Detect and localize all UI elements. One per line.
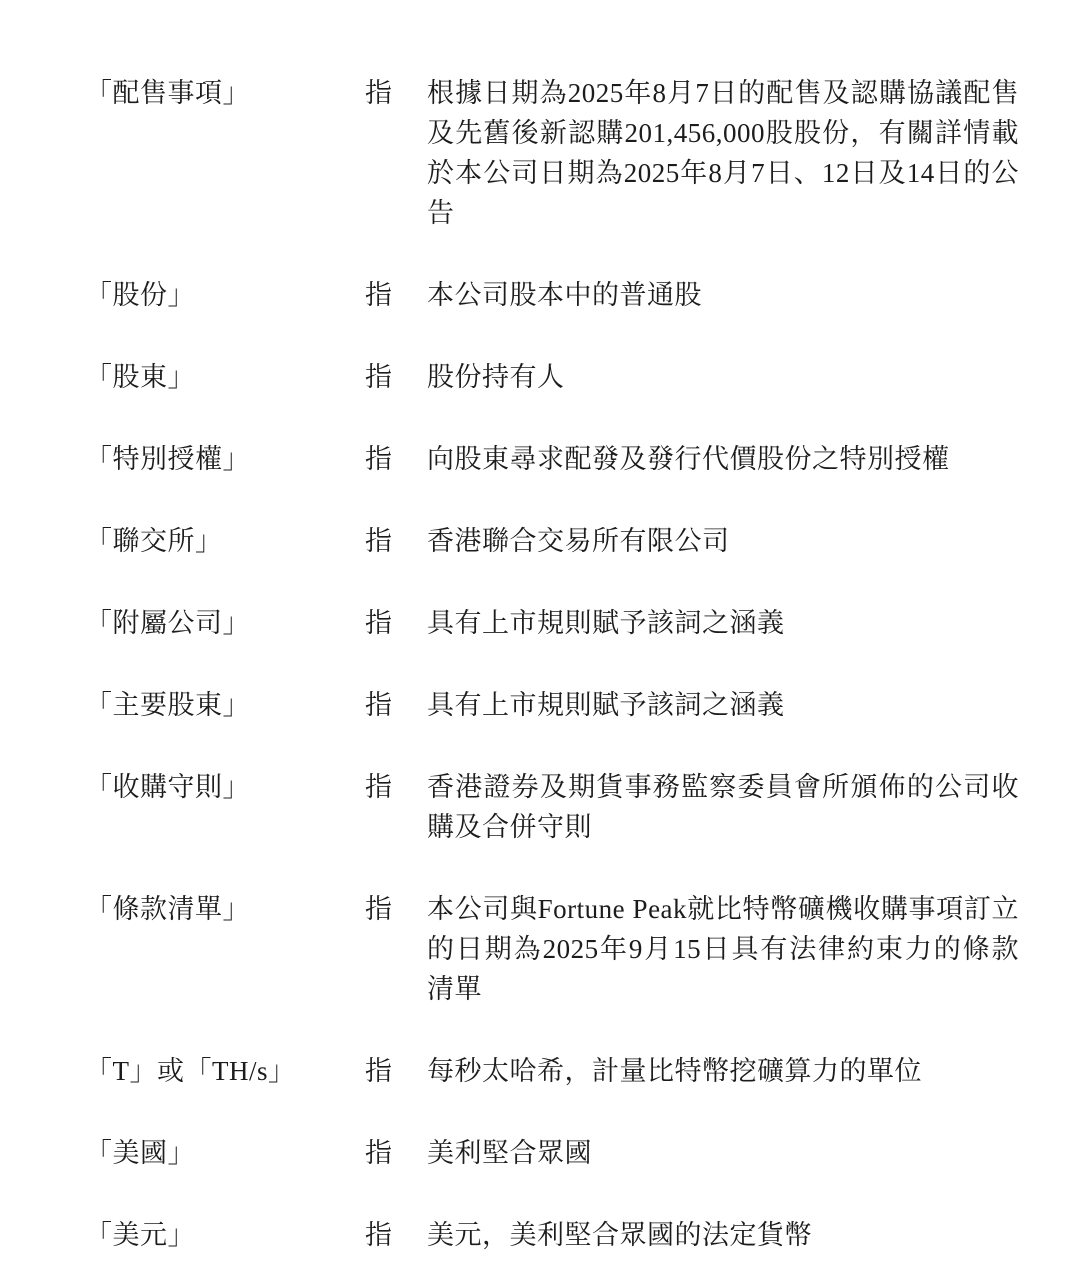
definition-connector: 指 <box>365 767 427 847</box>
definition-text: 香港聯合交易所有限公司 <box>427 521 1019 561</box>
definition-row: 「配售事項」 指 根據日期為2025年8月7日的配售及認購協議配售及先舊後新認購… <box>85 73 1025 233</box>
definition-term: 「主要股東」 <box>85 685 365 725</box>
definition-term: 「附屬公司」 <box>85 603 365 643</box>
definition-row: 「附屬公司」 指 具有上市規則賦予該詞之涵義 <box>85 603 1025 643</box>
definition-row: 「股東」 指 股份持有人 <box>85 357 1025 397</box>
definition-term: 「股份」 <box>85 275 365 315</box>
definition-connector: 指 <box>365 275 427 315</box>
definition-row: 「收購守則」 指 香港證券及期貨事務監察委員會所頒佈的公司收購及合併守則 <box>85 767 1025 847</box>
definition-connector: 指 <box>365 73 427 233</box>
definition-term: 「收購守則」 <box>85 767 365 847</box>
definition-term: 「配售事項」 <box>85 73 365 233</box>
definition-term: 「特別授權」 <box>85 439 365 479</box>
definition-connector: 指 <box>365 439 427 479</box>
definition-text: 具有上市規則賦予該詞之涵義 <box>427 603 1019 643</box>
definition-connector: 指 <box>365 603 427 643</box>
definition-row: 「股份」 指 本公司股本中的普通股 <box>85 275 1025 315</box>
definition-term: 「美元」 <box>85 1215 365 1255</box>
definition-term: 「股東」 <box>85 357 365 397</box>
definition-connector: 指 <box>365 685 427 725</box>
definition-term: 「T」或「TH/s」 <box>85 1051 365 1091</box>
definition-row: 「主要股東」 指 具有上市規則賦予該詞之涵義 <box>85 685 1025 725</box>
definition-text: 具有上市規則賦予該詞之涵義 <box>427 685 1019 725</box>
definition-connector: 指 <box>365 1215 427 1255</box>
definition-row: 「美元」 指 美元，美利堅合眾國的法定貨幣 <box>85 1215 1025 1255</box>
definition-text: 美利堅合眾國 <box>427 1133 1019 1173</box>
definition-text: 本公司與Fortune Peak就比特幣礦機收購事項訂立的日期為2025年9月1… <box>427 889 1019 1009</box>
definition-text: 每秒太哈希，計量比特幣挖礦算力的單位 <box>427 1051 1019 1091</box>
definition-row: 「T」或「TH/s」 指 每秒太哈希，計量比特幣挖礦算力的單位 <box>85 1051 1025 1091</box>
definition-row: 「條款清單」 指 本公司與Fortune Peak就比特幣礦機收購事項訂立的日期… <box>85 889 1025 1009</box>
definition-term: 「條款清單」 <box>85 889 365 1009</box>
definition-connector: 指 <box>365 1133 427 1173</box>
definition-term: 「美國」 <box>85 1133 365 1173</box>
definition-text: 根據日期為2025年8月7日的配售及認購協議配售及先舊後新認購201,456,0… <box>427 73 1019 233</box>
definition-text: 本公司股本中的普通股 <box>427 275 1019 315</box>
definition-text: 香港證券及期貨事務監察委員會所頒佈的公司收購及合併守則 <box>427 767 1019 847</box>
definition-text: 股份持有人 <box>427 357 1019 397</box>
definition-connector: 指 <box>365 1051 427 1091</box>
definition-term: 「聯交所」 <box>85 521 365 561</box>
definition-connector: 指 <box>365 521 427 561</box>
definition-text: 向股東尋求配發及發行代價股份之特別授權 <box>427 439 1019 479</box>
document-page: 「配售事項」 指 根據日期為2025年8月7日的配售及認購協議配售及先舊後新認購… <box>0 0 1080 1278</box>
definition-row: 「聯交所」 指 香港聯合交易所有限公司 <box>85 521 1025 561</box>
definition-connector: 指 <box>365 357 427 397</box>
definition-row: 「特別授權」 指 向股東尋求配發及發行代價股份之特別授權 <box>85 439 1025 479</box>
definition-connector: 指 <box>365 889 427 1009</box>
definition-text: 美元，美利堅合眾國的法定貨幣 <box>427 1215 1019 1255</box>
definition-row: 「美國」 指 美利堅合眾國 <box>85 1133 1025 1173</box>
